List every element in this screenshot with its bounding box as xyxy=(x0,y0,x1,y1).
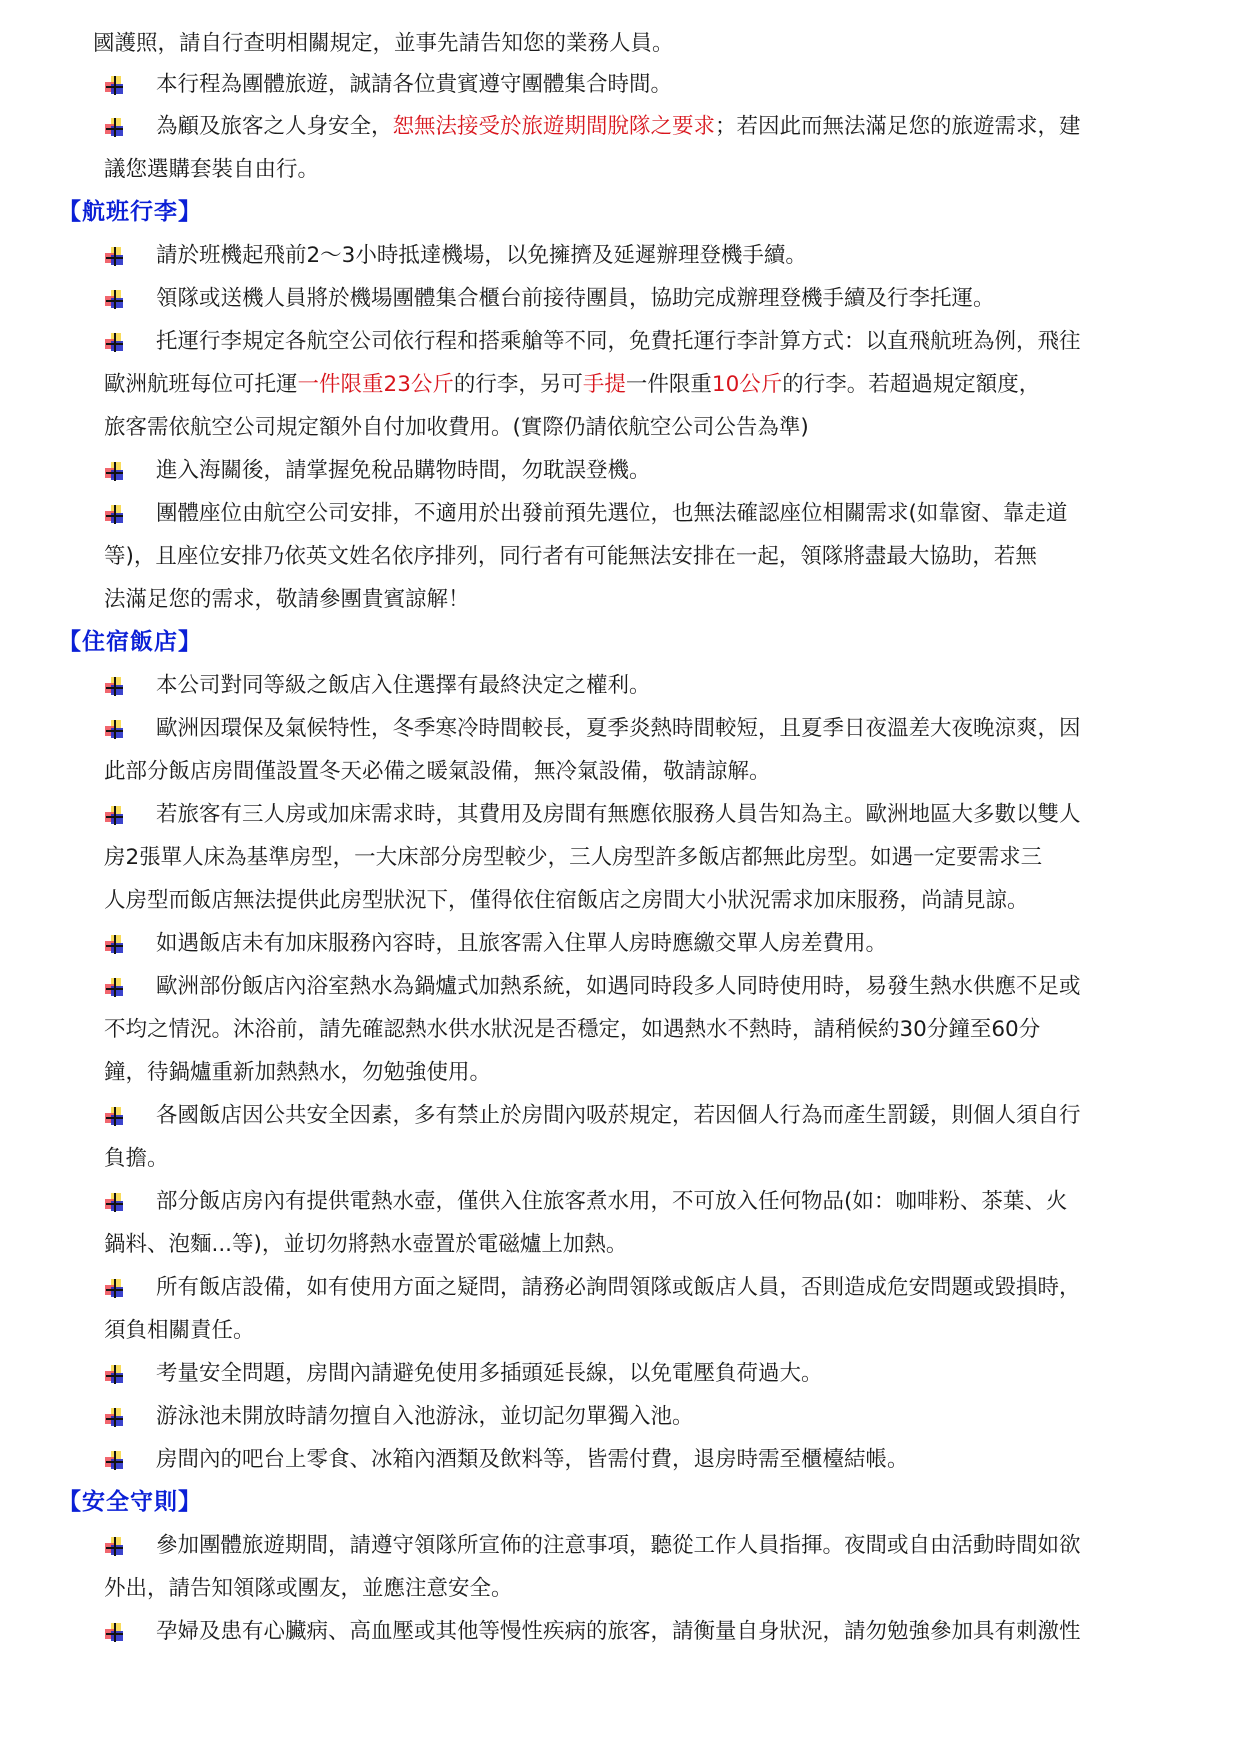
bullet-item: 本公司對同等級之飯店入住選擇有最終決定之權利。 xyxy=(52,664,72,684)
text-segment: 游泳池未開放時請勿擅自入池游泳，並切記勿單獨入池。 xyxy=(156,1404,694,1429)
arrow-bullet-icon xyxy=(104,1537,124,1557)
continuation-line: 鐘，待鍋爐重新加熱熱水，勿勉強使用。 xyxy=(0,1051,1240,1094)
text-segment: 本行程為團體旅遊，誠請各位貴賓遵守團體集合時間。 xyxy=(156,72,672,97)
bullet-item: 團體座位由航空公司安排，不適用於出發前預先選位，也無法確認座位相關需求(如靠窗、… xyxy=(52,492,72,512)
bullet-item: 為顧及旅客之人身安全，恕無法接受於旅遊期間脫隊之要求；若因此而無法滿足您的旅遊需… xyxy=(52,105,72,125)
arrow-bullet-icon xyxy=(104,1279,124,1299)
line-text: 國護照，請自行查明相關規定，並事先請告知您的業務人員。 xyxy=(93,22,674,65)
text-segment: 歐洲航班每位可托運 xyxy=(104,372,298,397)
emphasis-text: 恕無法接受於旅遊期間脫隊之要求 xyxy=(393,114,716,139)
text-segment: 所有飯店設備，如有使用方面之疑問，請務必詢問領隊或飯店人員，否則造成危安問題或毀… xyxy=(156,1275,1081,1300)
line-text: 歐洲因環保及氣候特性，冬季寒冷時間較長，夏季炎熱時間較短，且夏季日夜溫差大夜晚涼… xyxy=(156,707,1081,750)
continuation-line: 須負相關責任。 xyxy=(0,1309,1240,1352)
text-segment: 若旅客有三人房或加床需求時，其費用及房間有無應依服務人員告知為主。歐洲地區大多數… xyxy=(156,802,1081,827)
bullet-item: 所有飯店設備，如有使用方面之疑問，請務必詢問領隊或飯店人員，否則造成危安問題或毀… xyxy=(52,1266,72,1286)
text-segment: 請於班機起飛前2～3小時抵達機場，以免擁擠及延遲辦理登機手續。 xyxy=(156,243,807,268)
line-text: 孕婦及患有心臟病、高血壓或其他等慢性疾病的旅客，請衡量自身狀況，請勿勉強參加具有… xyxy=(156,1610,1081,1653)
line-text: 本公司對同等級之飯店入住選擇有最終決定之權利。 xyxy=(156,664,651,707)
text-segment: 歐洲因環保及氣候特性，冬季寒冷時間較長，夏季炎熱時間較短，且夏季日夜溫差大夜晚涼… xyxy=(156,716,1081,741)
arrow-bullet-icon xyxy=(104,505,124,525)
arrow-bullet-icon xyxy=(104,1193,124,1213)
text-segment: 領隊或送機人員將於機場團體集合櫃台前接待團員，協助完成辦理登機手續及行李托運。 xyxy=(156,286,995,311)
text-segment: 房間內的吧台上零食、冰箱內酒類及飲料等，皆需付費，退房時需至櫃檯結帳。 xyxy=(156,1447,909,1472)
line-text: 歐洲航班每位可托運一件限重23公斤的行李，另可手提一件限重10公斤的行李。若超過… xyxy=(104,363,1040,406)
continuation-line: 外出，請告知領隊或團友，並應注意安全。 xyxy=(0,1567,1240,1610)
line-text: 房2張單人床為基準房型，一大床部分房型較少，三人房型許多飯店都無此房型。如遇一定… xyxy=(104,836,1042,879)
text-segment: 外出，請告知領隊或團友，並應注意安全。 xyxy=(104,1576,513,1601)
continuation-line: 歐洲航班每位可托運一件限重23公斤的行李，另可手提一件限重10公斤的行李。若超過… xyxy=(0,363,1240,406)
text-segment: 此部分飯店房間僅設置冬天必備之暖氣設備，無冷氣設備，敬請諒解。 xyxy=(104,759,771,784)
bullet-item: 房間內的吧台上零食、冰箱內酒類及飲料等，皆需付費，退房時需至櫃檯結帳。 xyxy=(52,1438,72,1458)
line-text: 外出，請告知領隊或團友，並應注意安全。 xyxy=(104,1567,513,1610)
line-text: 等)，且座位安排乃依英文姓名依序排列，同行者有可能無法安排在一起，領隊將盡最大協… xyxy=(104,535,1037,578)
bullet-item: 若旅客有三人房或加床需求時，其費用及房間有無應依服務人員告知為主。歐洲地區大多數… xyxy=(52,793,72,813)
continuation-line: 鍋料、泡麵...等)，並切勿將熱水壺置於電磁爐上加熱。 xyxy=(0,1223,1240,1266)
text-segment: 的行李。若超過規定額度， xyxy=(782,372,1040,397)
line-text: 各國飯店因公共安全因素，多有禁止於房間內吸菸規定，若因個人行為而產生罰鍰，則個人… xyxy=(156,1094,1081,1137)
arrow-bullet-icon xyxy=(104,1451,124,1471)
line-text: 本行程為團體旅遊，誠請各位貴賓遵守團體集合時間。 xyxy=(156,63,672,106)
line-text: 考量安全問題，房間內請避免使用多插頭延長線，以免電壓負荷過大。 xyxy=(156,1352,823,1395)
emphasis-text: 手提 xyxy=(583,372,626,397)
section-heading: 【安全守則】 xyxy=(0,1481,1240,1524)
heading-text: 【安全守則】 xyxy=(58,1481,202,1524)
bullet-item: 本行程為團體旅遊，誠請各位貴賓遵守團體集合時間。 xyxy=(52,63,72,83)
line-text: 領隊或送機人員將於機場團體集合櫃台前接待團員，協助完成辦理登機手續及行李托運。 xyxy=(156,277,995,320)
arrow-bullet-icon xyxy=(104,247,124,267)
arrow-bullet-icon xyxy=(104,76,124,96)
line-text: 旅客需依航空公司規定額外自付加收費用。(實際仍請依航空公司公告為準) xyxy=(104,406,809,449)
line-text: 部分飯店房內有提供電熱水壺，僅供入住旅客煮水用，不可放入任何物品(如：咖啡粉、茶… xyxy=(156,1180,1067,1223)
bullet-item: 游泳池未開放時請勿擅自入池游泳，並切記勿單獨入池。 xyxy=(52,1395,72,1415)
text-segment: 如遇飯店未有加床服務內容時，且旅客需入住單人房時應繳交單人房差費用。 xyxy=(156,931,887,956)
text-segment: 須負相關責任。 xyxy=(104,1318,255,1343)
continuation-line: 議您選購套裝自由行。 xyxy=(0,148,1240,191)
arrow-bullet-icon xyxy=(104,333,124,353)
continuation-line: 旅客需依航空公司規定額外自付加收費用。(實際仍請依航空公司公告為準) xyxy=(0,406,1240,449)
continuation-line: 房2張單人床為基準房型，一大床部分房型較少，三人房型許多飯店都無此房型。如遇一定… xyxy=(0,836,1240,879)
arrow-bullet-icon xyxy=(104,677,124,697)
text-segment: 考量安全問題，房間內請避免使用多插頭延長線，以免電壓負荷過大。 xyxy=(156,1361,823,1386)
line-text: 若旅客有三人房或加床需求時，其費用及房間有無應依服務人員告知為主。歐洲地區大多數… xyxy=(156,793,1081,836)
bullet-item: 請於班機起飛前2～3小時抵達機場，以免擁擠及延遲辦理登機手續。 xyxy=(52,234,72,254)
arrow-bullet-icon xyxy=(104,1623,124,1643)
line-text: 負擔。 xyxy=(104,1137,169,1180)
text-segment: 旅客需依航空公司規定額外自付加收費用。(實際仍請依航空公司公告為準) xyxy=(104,415,809,440)
text-segment: ；若因此而無法滿足您的旅遊需求，建 xyxy=(715,114,1081,139)
line-text: 所有飯店設備，如有使用方面之疑問，請務必詢問領隊或飯店人員，否則造成危安問題或毀… xyxy=(156,1266,1081,1309)
text-segment: 不均之情況。沐浴前，請先確認熱水供水狀況是否穩定，如遇熱水不熱時，請稍候約30分… xyxy=(104,1017,1040,1042)
line-text: 歐洲部份飯店內浴室熱水為鍋爐式加熱系統，如遇同時段多人同時使用時，易發生熱水供應… xyxy=(156,965,1081,1008)
continuation-line: 不均之情況。沐浴前，請先確認熱水供水狀況是否穩定，如遇熱水不熱時，請稍候約30分… xyxy=(0,1008,1240,1051)
line-text: 請於班機起飛前2～3小時抵達機場，以免擁擠及延遲辦理登機手續。 xyxy=(156,234,807,277)
line-text: 為顧及旅客之人身安全，恕無法接受於旅遊期間脫隊之要求；若因此而無法滿足您的旅遊需… xyxy=(156,105,1081,148)
line-text: 團體座位由航空公司安排，不適用於出發前預先選位，也無法確認座位相關需求(如靠窗、… xyxy=(156,492,1067,535)
line-text: 游泳池未開放時請勿擅自入池游泳，並切記勿單獨入池。 xyxy=(156,1395,694,1438)
text-segment: 托運行李規定各航空公司依行程和搭乘艙等不同，免費托運行李計算方式：以直飛航班為例… xyxy=(156,329,1081,354)
text-segment: 人房型而飯店無法提供此房型狀況下，僅得依住宿飯店之房間大小狀況需求加床服務，尚請… xyxy=(104,888,1029,913)
arrow-bullet-icon xyxy=(104,720,124,740)
bullet-item: 托運行李規定各航空公司依行程和搭乘艙等不同，免費托運行李計算方式：以直飛航班為例… xyxy=(52,320,72,340)
line-text: 托運行李規定各航空公司依行程和搭乘艙等不同，免費托運行李計算方式：以直飛航班為例… xyxy=(156,320,1081,363)
line-text: 如遇飯店未有加床服務內容時，且旅客需入住單人房時應繳交單人房差費用。 xyxy=(156,922,887,965)
arrow-bullet-icon xyxy=(104,1107,124,1127)
heading-text: 【航班行李】 xyxy=(58,191,202,234)
bullet-item: 部分飯店房內有提供電熱水壺，僅供入住旅客煮水用，不可放入任何物品(如：咖啡粉、茶… xyxy=(52,1180,72,1200)
bullet-item: 歐洲因環保及氣候特性，冬季寒冷時間較長，夏季炎熱時間較短，且夏季日夜溫差大夜晚涼… xyxy=(52,707,72,727)
text-segment: 【安全守則】 xyxy=(58,1489,202,1515)
continuation-line: 法滿足您的需求，敬請參團貴賓諒解！ xyxy=(0,578,1240,621)
line-text: 此部分飯店房間僅設置冬天必備之暖氣設備，無冷氣設備，敬請諒解。 xyxy=(104,750,771,793)
arrow-bullet-icon xyxy=(104,1365,124,1385)
text-segment: 歐洲部份飯店內浴室熱水為鍋爐式加熱系統，如遇同時段多人同時使用時，易發生熱水供應… xyxy=(156,974,1081,999)
bullet-item: 孕婦及患有心臟病、高血壓或其他等慢性疾病的旅客，請衡量自身狀況，請勿勉強參加具有… xyxy=(52,1610,72,1630)
bullet-item: 考量安全問題，房間內請避免使用多插頭延長線，以免電壓負荷過大。 xyxy=(52,1352,72,1372)
text-segment: 【住宿飯店】 xyxy=(58,629,202,655)
arrow-bullet-icon xyxy=(104,118,124,138)
text-segment: 鍋料、泡麵...等)，並切勿將熱水壺置於電磁爐上加熱。 xyxy=(104,1232,627,1257)
line-text: 法滿足您的需求，敬請參團貴賓諒解！ xyxy=(104,578,470,621)
text-segment: 本公司對同等級之飯店入住選擇有最終決定之權利。 xyxy=(156,673,651,698)
continuation-line: 人房型而飯店無法提供此房型狀況下，僅得依住宿飯店之房間大小狀況需求加床服務，尚請… xyxy=(0,879,1240,922)
line-text: 房間內的吧台上零食、冰箱內酒類及飲料等，皆需付費，退房時需至櫃檯結帳。 xyxy=(156,1438,909,1481)
arrow-bullet-icon xyxy=(104,1408,124,1428)
text-segment: 鐘，待鍋爐重新加熱熱水，勿勉強使用。 xyxy=(104,1060,491,1085)
text-segment: 一件限重 xyxy=(626,372,712,397)
arrow-bullet-icon xyxy=(104,935,124,955)
bullet-item: 領隊或送機人員將於機場團體集合櫃台前接待團員，協助完成辦理登機手續及行李托運。 xyxy=(52,277,72,297)
line-text: 鍋料、泡麵...等)，並切勿將熱水壺置於電磁爐上加熱。 xyxy=(104,1223,627,1266)
line-text: 議您選購套裝自由行。 xyxy=(104,148,319,191)
section-heading: 【住宿飯店】 xyxy=(0,621,1240,664)
line-text: 鐘，待鍋爐重新加熱熱水，勿勉強使用。 xyxy=(104,1051,491,1094)
emphasis-text: 10公斤 xyxy=(712,372,782,397)
text-segment: 議您選購套裝自由行。 xyxy=(104,157,319,182)
text-segment: 孕婦及患有心臟病、高血壓或其他等慢性疾病的旅客，請衡量自身狀況，請勿勉強參加具有… xyxy=(156,1619,1081,1644)
continuation-line: 負擔。 xyxy=(0,1137,1240,1180)
bullet-item: 進入海關後，請掌握免稅品購物時間，勿耽誤登機。 xyxy=(52,449,72,469)
continuation-line: 此部分飯店房間僅設置冬天必備之暖氣設備，無冷氣設備，敬請諒解。 xyxy=(0,750,1240,793)
text-segment: 進入海關後，請掌握免稅品購物時間，勿耽誤登機。 xyxy=(156,458,651,483)
emphasis-text: 一件限重23公斤 xyxy=(298,372,454,397)
continuation-line: 等)，且座位安排乃依英文姓名依序排列，同行者有可能無法安排在一起，領隊將盡最大協… xyxy=(0,535,1240,578)
text-segment: 為顧及旅客之人身安全， xyxy=(156,114,393,139)
heading-text: 【住宿飯店】 xyxy=(58,621,202,664)
line-text: 須負相關責任。 xyxy=(104,1309,255,1352)
text-segment: 等)，且座位安排乃依英文姓名依序排列，同行者有可能無法安排在一起，領隊將盡最大協… xyxy=(104,544,1037,569)
text-segment: 團體座位由航空公司安排，不適用於出發前預先選位，也無法確認座位相關需求(如靠窗、… xyxy=(156,501,1067,526)
continuation-line: 國護照，請自行查明相關規定，並事先請告知您的業務人員。 xyxy=(0,22,1240,65)
line-text: 不均之情況。沐浴前，請先確認熱水供水狀況是否穩定，如遇熱水不熱時，請稍候約30分… xyxy=(104,1008,1040,1051)
text-segment: 各國飯店因公共安全因素，多有禁止於房間內吸菸規定，若因個人行為而產生罰鍰，則個人… xyxy=(156,1103,1081,1128)
text-segment: 的行李，另可 xyxy=(454,372,583,397)
text-segment: 部分飯店房內有提供電熱水壺，僅供入住旅客煮水用，不可放入任何物品(如：咖啡粉、茶… xyxy=(156,1189,1067,1214)
text-segment: 房2張單人床為基準房型，一大床部分房型較少，三人房型許多飯店都無此房型。如遇一定… xyxy=(104,845,1042,870)
line-text: 參加團體旅遊期間，請遵守領隊所宣佈的注意事項，聽從工作人員指揮。夜間或自由活動時… xyxy=(156,1524,1081,1567)
bullet-item: 如遇飯店未有加床服務內容時，且旅客需入住單人房時應繳交單人房差費用。 xyxy=(52,922,72,942)
bullet-item: 各國飯店因公共安全因素，多有禁止於房間內吸菸規定，若因個人行為而產生罰鍰，則個人… xyxy=(52,1094,72,1114)
arrow-bullet-icon xyxy=(104,462,124,482)
text-segment: 國護照，請自行查明相關規定，並事先請告知您的業務人員。 xyxy=(93,31,674,56)
arrow-bullet-icon xyxy=(104,806,124,826)
section-heading: 【航班行李】 xyxy=(0,191,1240,234)
line-text: 人房型而飯店無法提供此房型狀況下，僅得依住宿飯店之房間大小狀況需求加床服務，尚請… xyxy=(104,879,1029,922)
arrow-bullet-icon xyxy=(104,978,124,998)
bullet-item: 歐洲部份飯店內浴室熱水為鍋爐式加熱系統，如遇同時段多人同時使用時，易發生熱水供應… xyxy=(52,965,72,985)
bullet-item: 參加團體旅遊期間，請遵守領隊所宣佈的注意事項，聽從工作人員指揮。夜間或自由活動時… xyxy=(52,1524,72,1544)
text-segment: 【航班行李】 xyxy=(58,199,202,225)
text-segment: 參加團體旅遊期間，請遵守領隊所宣佈的注意事項，聽從工作人員指揮。夜間或自由活動時… xyxy=(156,1533,1081,1558)
line-text: 進入海關後，請掌握免稅品購物時間，勿耽誤登機。 xyxy=(156,449,651,492)
arrow-bullet-icon xyxy=(104,290,124,310)
text-segment: 法滿足您的需求，敬請參團貴賓諒解！ xyxy=(104,587,470,612)
text-segment: 負擔。 xyxy=(104,1146,169,1171)
